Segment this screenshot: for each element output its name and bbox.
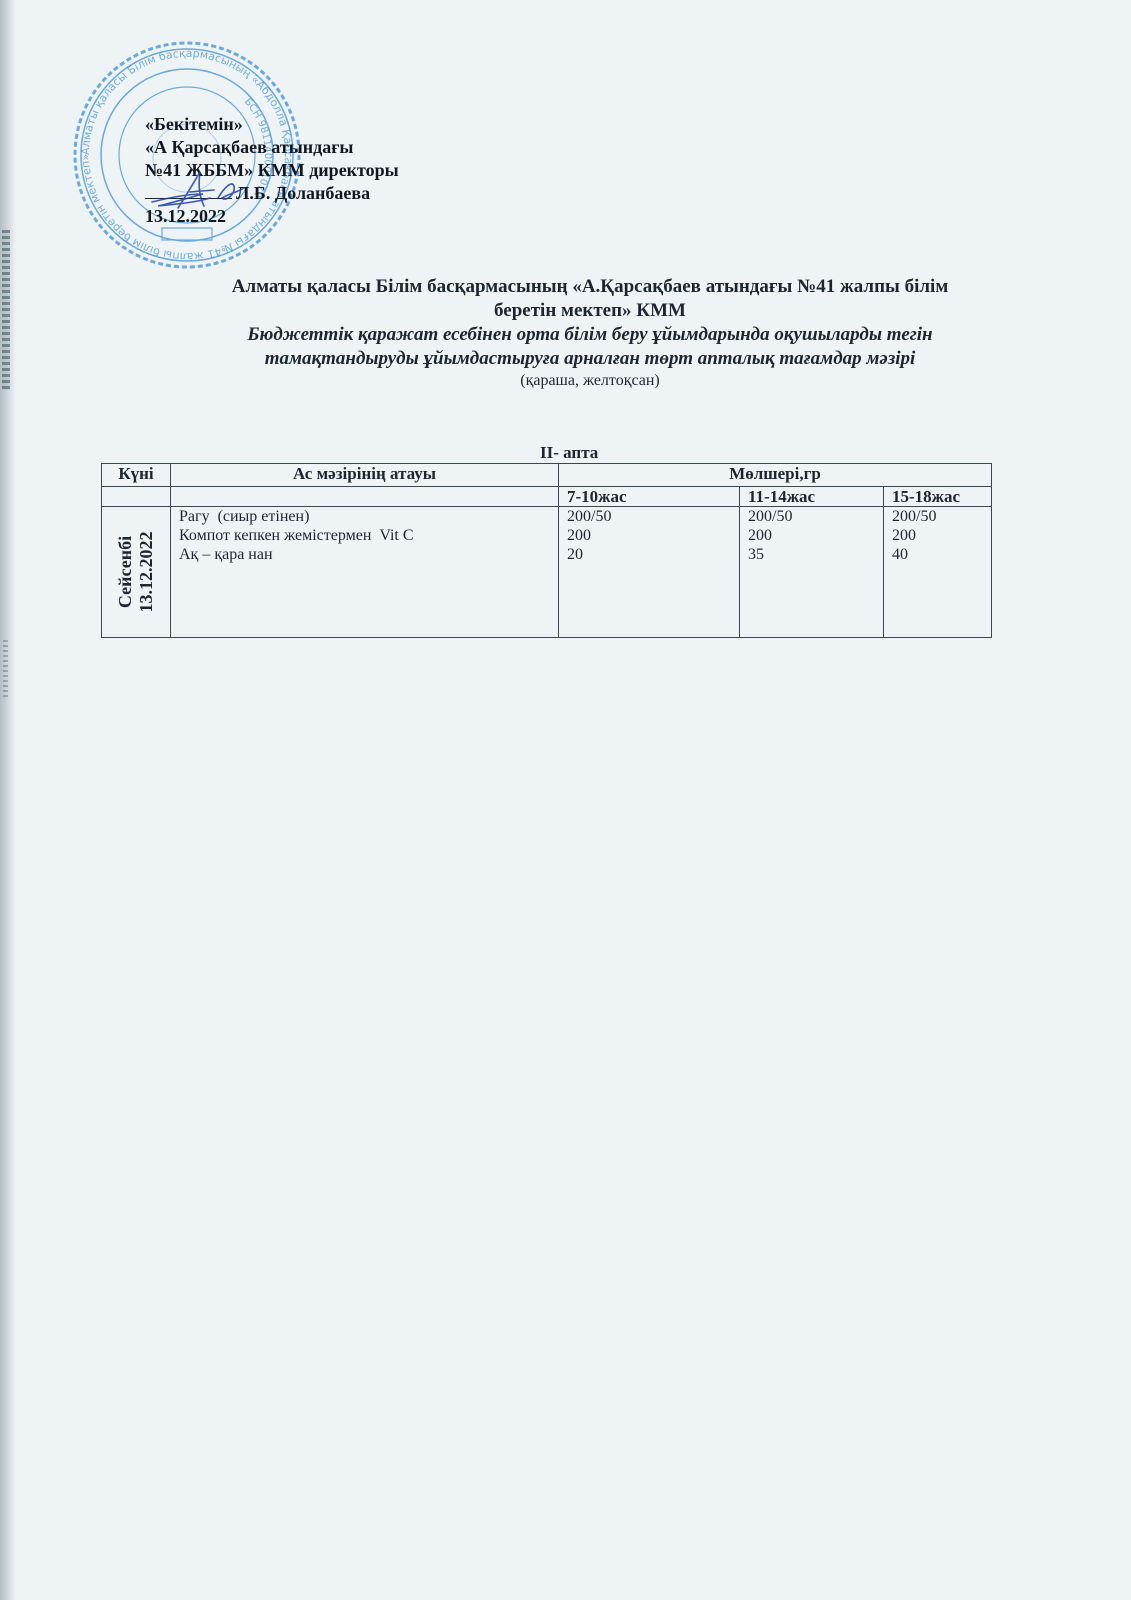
- dish-item: Компот кепкен жемістермен Vit C: [179, 526, 558, 545]
- title-main-line: беретін мектеп» КММ: [130, 299, 1050, 323]
- header-age-group: 11-14жас: [740, 487, 884, 507]
- document-title: Алматы қаласы Білім басқармасының «А.Қар…: [130, 275, 1050, 391]
- title-subtitle-line: Бюджеттік қаражат есебінен орта білім бе…: [130, 323, 1050, 347]
- table-subheader-row: 7-10жас 11-14жас 15-18жас: [102, 487, 992, 507]
- day-name: Сейсенбі: [115, 532, 136, 613]
- amount-value: 20: [567, 545, 739, 564]
- title-main-line: Алматы қаласы Білім басқармасының «А.Қар…: [130, 275, 1050, 299]
- amount-value: 200/50: [892, 507, 991, 526]
- table-header-row: Күні Ас мәзірінің атауы Мөлшері,гр: [102, 464, 992, 487]
- scan-artifact: [2, 230, 10, 390]
- header-dish: Ас мәзірінің атауы: [171, 464, 559, 487]
- approval-line: «Бекітемін»: [145, 113, 399, 136]
- header-age-group: 7-10жас: [559, 487, 740, 507]
- amount-value: 200: [748, 526, 883, 545]
- amount-value: 200: [892, 526, 991, 545]
- table-row: Сейсенбі 13.12.2022 Рагу (сиыр етінен) К…: [102, 507, 992, 638]
- week-label: II- апта: [540, 443, 598, 463]
- title-period-note: (қараша, желтоқсан): [130, 371, 1050, 391]
- signature-icon: [148, 168, 258, 212]
- day-date: 13.12.2022: [136, 532, 157, 613]
- amount-cell: 200/50 200 20: [559, 507, 740, 638]
- menu-table: Күні Ас мәзірінің атауы Мөлшері,гр 7-10ж…: [101, 463, 992, 638]
- dish-item: Ақ – қара нан: [179, 545, 558, 564]
- approval-line: «А Қарсақбаев атындағы: [145, 136, 399, 159]
- dish-item: Рагу (сиыр етінен): [179, 507, 558, 526]
- amount-value: 35: [748, 545, 883, 564]
- header-day: Күні: [102, 464, 171, 487]
- header-empty: [102, 487, 171, 507]
- dish-cell: Рагу (сиыр етінен) Компот кепкен жемісте…: [171, 507, 559, 638]
- amount-value: 200: [567, 526, 739, 545]
- title-subtitle-line: тамақтандыруды ұйымдастыруға арналған тө…: [130, 347, 1050, 371]
- amount-cell: 200/50 200 35: [740, 507, 884, 638]
- header-age-group: 15-18жас: [884, 487, 992, 507]
- amount-cell: 200/50 200 40: [884, 507, 992, 638]
- amount-value: 200/50: [567, 507, 739, 526]
- amount-value: 200/50: [748, 507, 883, 526]
- amount-value: 40: [892, 545, 991, 564]
- header-empty: [171, 487, 559, 507]
- day-cell: Сейсенбі 13.12.2022: [102, 507, 171, 638]
- header-amount: Мөлшері,гр: [559, 464, 992, 487]
- scan-artifact: [3, 640, 8, 700]
